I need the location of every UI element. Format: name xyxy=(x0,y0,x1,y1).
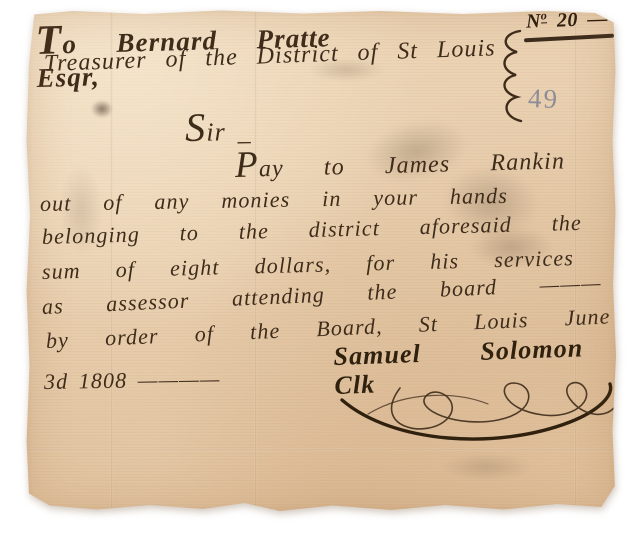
salutation: Sir _ xyxy=(185,105,252,150)
document-number: No 20 — xyxy=(526,7,609,33)
document-number-value: 20 — xyxy=(557,8,609,32)
archive-number-pencil: 49 xyxy=(527,84,559,115)
paper-crease xyxy=(26,448,616,451)
signature-flourish xyxy=(338,370,628,448)
body-line-date: 3d 1808 ———— xyxy=(44,367,234,394)
ink-blot xyxy=(86,96,118,122)
body-line: Pay to James Rankin xyxy=(234,137,565,187)
scanned-document: No 20 — 49 To Bernard Pratte Esqr, Treas… xyxy=(0,0,640,547)
ink-bleed-smudge xyxy=(424,448,549,486)
document-number-prefix: N xyxy=(526,10,542,33)
document-number-superscript: o xyxy=(541,8,548,23)
document-number-underline xyxy=(524,34,614,43)
body-line: belonging to the district aforesaid the xyxy=(42,211,582,249)
address-brace-icon xyxy=(496,28,524,124)
document-paper: No 20 — 49 To Bernard Pratte Esqr, Treas… xyxy=(26,10,616,511)
body-line: out of any monies in your hands xyxy=(40,184,508,216)
